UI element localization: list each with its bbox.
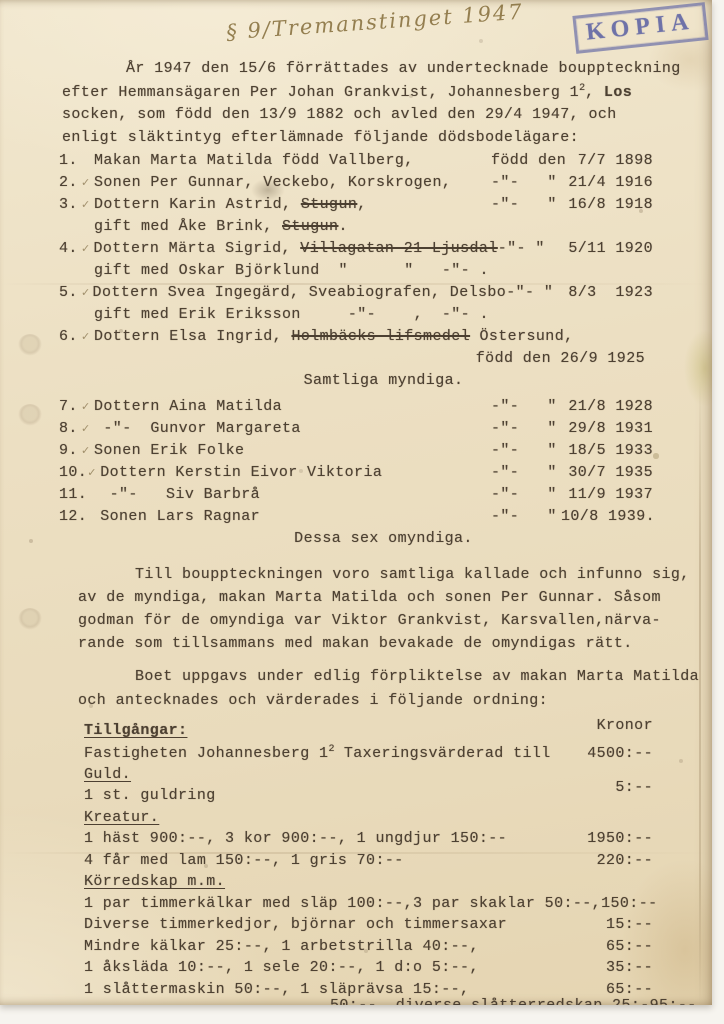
heir-birthdate: 30/7 1935 [561,464,653,481]
asset-label: 50:--, diverse slåtterredskap 25:- [330,997,650,1005]
heir-number: 3. [59,196,81,213]
ditto-mark: -"- " [491,398,561,415]
asset-section-heading: Guld. [84,766,653,788]
heir-number: 1. [59,152,81,169]
intro-text: , [585,84,604,101]
asset-label: 1 par timmerkälkar med släp 100:--,3 par… [84,895,601,912]
heir-number: 12. [59,508,87,525]
asset-row: 1 häst 900:--, 3 kor 900:--, 1 ungdjur 1… [84,830,653,852]
heir-row: 8.✓ -"- Gunvor Margareta-"- "29/8 1931 [59,420,653,442]
heir-row: 6.✓Dottern Elsa Ingrid, Holmbäcks lifsme… [59,328,653,350]
asset-amount: 1950:-- [575,830,653,847]
heir-birthdate: 21/8 1928 [561,398,653,415]
kopia-stamp: KOPIA [572,2,708,54]
intro-line: efter Hemmansägaren Per Johan Grankvist,… [62,83,653,106]
ditto-mark: -"- " [491,464,561,481]
ditto-mark: -"- " [491,508,561,525]
heir-row: 5.✓Dottern Svea Ingegärd, Sveabiografen,… [59,284,653,306]
heir-number: 11. [59,486,87,503]
asset-row: 1 par timmerkälkar med släp 100:--,3 par… [84,895,653,917]
struck-text: Villagatan 21 Ljusdal [300,240,497,257]
declaration-paragraph: Boet uppgavs under edlig förpliktelse av… [78,668,653,716]
asset-label: Mindre kälkar 25:--, 1 arbetstrilla 40:-… [84,938,479,955]
asset-row-cut-off: 50:--, diverse slåtterredskap 25:-95:-- [84,997,653,1005]
heir-number: 5. [59,284,81,301]
ditto-mark: -"- " [491,486,561,503]
heir-name-text: Sonen Per Gunnar, Veckebo, Korskrogen, [94,174,451,191]
intro-text-bold: Los [604,84,632,101]
struck-text: Holmbäcks lifsmedel [291,328,470,345]
check-mark: ✓ [81,400,94,413]
attendees-paragraph: Till bouppteckningen voro samtliga kalla… [78,566,653,658]
asset-amount: 150:-- [601,895,657,912]
heir-spouse-row: gift med Erik Eriksson -"- , -"- . [59,306,653,328]
asset-heading-label: Körredskap m.m. [84,873,225,890]
vertical-crease [699,380,701,1005]
check-mark: ✓ [81,330,94,343]
heir-row: 11. -"- Siv Barbrå-"- "11/9 1937 [59,486,653,508]
asset-amount: 95:-- [650,997,697,1005]
punch-hole [18,608,42,630]
struck-text: Stugun [282,218,338,235]
ditto-mark: -"- " [491,442,561,459]
asset-section-heading: Körredskap m.m. [84,873,653,895]
ditto-mark: -"- " [498,240,565,257]
assets-section: Tillgångar:Kronor Fastigheten Johannesbe… [84,722,653,1002]
ditto-mark: -"- " [491,174,561,191]
heir-number: 4. [59,240,81,257]
heirs-list-adults: 1.Makan Marta Matilda född Vallberg,född… [59,152,653,394]
heir-name: Sonen Lars Ragnar [100,508,260,525]
asset-section-heading: Kreatur. [84,809,653,831]
heir-name: Makan Marta Matilda född Vallberg, [94,152,414,169]
heir-name: -"- Siv Barbrå [100,486,260,503]
heir-name-text: Dottern Svea Ingegärd, Sveabiografen, De… [93,284,507,301]
heir-birthdate: 10/8 1939. [561,508,653,525]
asset-label-text: Taxeringsvärderad till [334,745,550,762]
asset-label: Fastigheten Johannesberg 12 Taxeringsvär… [84,744,551,762]
asset-label: 1 åksläda 10:--, 1 sele 20:--, 1 d:o 5:-… [84,959,479,976]
intro-paragraph: År 1947 den 15/6 förrättades av undertec… [62,60,653,152]
asset-amount: 4500:-- [575,745,653,762]
heir-name-text: Dottern Karin Astrid, [94,196,301,213]
asset-amount: 65:-- [575,938,653,955]
heir-birthdate: 5/11 1920 [565,240,653,257]
check-mark: ✓ [81,286,93,299]
heir-name-text: Dottern Märta Sigrid, [93,240,300,257]
heir-birthdate: 8/3 1923 [568,284,653,301]
heir-name: Sonen Erik Folke [94,442,244,459]
currency-column-header: Kronor [575,717,653,734]
heir-name: Dottern Märta Sigrid, Villagatan 21 Ljus… [93,240,497,257]
heir-name: -"- Gunvor Margareta [94,420,301,437]
spouse-text: . [338,218,347,235]
spouse-text: gift med Erik Eriksson -"- , -"- . [94,306,489,323]
heir-name: Dottern Kerstin Eivor Viktoria [100,464,382,481]
punch-hole [18,404,42,426]
heir-name-text: Dottern Elsa Ingrid, [94,328,291,345]
heir-number: 10. [59,464,87,481]
heir-name: Dottern Svea Ingegärd, Sveabiografen, De… [93,284,507,301]
heir-name: Sonen Per Gunnar, Veckebo, Korskrogen, [94,174,451,191]
heir-birthdate: 21/4 1916 [561,174,653,191]
asset-amount: 15:-- [575,916,653,933]
assets-header-row: Tillgångar:Kronor [84,722,653,744]
asset-row: Fastigheten Johannesberg 12 Taxeringsvär… [84,744,653,766]
heir-number: 8. [59,420,81,437]
paragraph-line: Till bouppteckningen voro samtliga kalla… [78,566,653,589]
heir-name: Dottern Elsa Ingrid, Holmbäcks lifsmedel… [94,328,574,345]
heir-name: Dottern Karin Astrid, Stugun, [94,196,367,213]
all-of-age-note: Samtliga myndiga. [59,372,653,394]
heir-row: 9.✓Sonen Erik Folke-"- "18/5 1933 [59,442,653,464]
assets-section-title: Tillgångar: [84,722,187,739]
ditto-mark: -"- " [491,196,561,213]
asset-label: 4 får med lam 150:--, 1 gris 70:-- [84,852,404,869]
paragraph-line: av de myndiga, makan Marta Matilda och s… [78,589,653,612]
asset-label: Diverse timmerkedjor, björnar och timmer… [84,916,507,933]
asset-heading-label: Kreatur. [84,809,159,826]
heir-birthdate: 7/7 1898 [561,152,653,169]
heir-birthdate: 18/5 1933 [561,442,653,459]
heir-row: 7.✓Dottern Aina Matilda-"- "21/8 1928 [59,398,653,420]
check-mark: ✓ [81,176,94,189]
heir-birthdate-line: född den 26/9 1925 [59,350,653,372]
punch-hole [18,334,42,356]
check-mark: ✓ [81,422,94,435]
asset-amount: 35:-- [575,959,653,976]
asset-row: Mindre kälkar 25:--, 1 arbetstrilla 40:-… [84,938,653,960]
heir-number: 2. [59,174,81,191]
spouse-text: gift med Åke Brink, [94,218,282,235]
paragraph-line: och antecknades och värderades i följand… [78,692,653,716]
paper-sheet: § 9/Tremanstinget 1947 KOPIA År 1947 den… [0,0,712,1005]
asset-row: 4 får med lam 150:--, 1 gris 70:--220:-- [84,852,653,874]
asset-label: 1 häst 900:--, 3 kor 900:--, 1 ungdjur 1… [84,830,507,847]
paragraph-line: godman för de omyndiga var Viktor Grankv… [78,612,653,635]
heir-name-text: , [357,196,366,213]
intro-line: År 1947 den 15/6 förrättades av undertec… [62,60,653,83]
paragraph-line: rande som tillsammans med makan bevakade… [78,635,653,658]
handwritten-annotation: § 9/Tremanstinget 1947 [226,0,525,44]
asset-label: 1 slåttermaskin 50:--, 1 släprävsa 15:--… [84,981,469,998]
scanned-document: § 9/Tremanstinget 1947 KOPIA År 1947 den… [0,0,724,1024]
heir-name: Dottern Aina Matilda [94,398,282,415]
asset-row: 1 åksläda 10:--, 1 sele 20:--, 1 d:o 5:-… [84,959,653,981]
heir-birthdate: 16/8 1918 [561,196,653,213]
asset-row: 1 st. guldring5:-- [84,787,653,809]
heir-spouse-row: gift med Åke Brink, Stugun. [59,218,653,240]
heir-number: 6. [59,328,81,345]
asset-label: 1 st. guldring [84,787,216,804]
asset-heading-label: Guld. [84,766,131,783]
heir-name-text: Östersund, [470,328,573,345]
heir-name-text: Makan Marta Matilda född Vallberg, [94,152,414,169]
check-mark: ✓ [81,444,94,457]
asset-label-text: Fastigheten Johannesberg 1 [84,745,328,762]
check-mark: ✓ [81,242,93,255]
intro-text: efter Hemmansägaren Per Johan Grankvist,… [62,84,579,101]
paragraph-line: Boet uppgavs under edlig förpliktelse av… [78,668,653,692]
struck-text: Stugun [301,196,357,213]
heir-row: 3.✓Dottern Karin Astrid, Stugun,-"- "16/… [59,196,653,218]
kopia-stamp-text: KOPIA [585,8,696,45]
asset-amount: 65:-- [575,981,653,998]
heir-row: 2.✓Sonen Per Gunnar, Veckebo, Korskrogen… [59,174,653,196]
heir-number: 9. [59,442,81,459]
check-mark: ✓ [81,198,94,211]
heir-row: 12.Sonen Lars Ragnar-"- "10/8 1939. [59,508,653,530]
ditto-mark: född den [491,152,561,169]
intro-line: enligt släktintyg efterlämnade följande … [62,129,653,152]
heirs-list-minors: 7.✓Dottern Aina Matilda-"- "21/8 1928 8.… [59,398,653,552]
check-mark: ✓ [87,466,100,479]
asset-amount: 5:-- [575,779,653,796]
paper-specks [0,0,2,2]
ditto-mark: -"- " [506,284,568,301]
six-minors-note: Dessa sex omyndiga. [59,530,653,552]
intro-line: socken, som född den 13/9 1882 och avled… [62,106,653,129]
asset-row: Diverse timmerkedjor, björnar och timmer… [84,916,653,938]
heir-birthdate: 11/9 1937 [561,486,653,503]
asset-amount: 220:-- [575,852,653,869]
heir-row: 10.✓Dottern Kerstin Eivor Viktoria-"- "3… [59,464,653,486]
ditto-mark: -"- " [491,420,561,437]
heir-spouse-row: gift med Oskar Björklund " " -"- . [59,262,653,284]
heir-row: 1.Makan Marta Matilda född Vallberg,född… [59,152,653,174]
heir-number: 7. [59,398,81,415]
spouse-text: gift med Oskar Björklund " " -"- . [94,262,489,279]
heir-row: 4.✓Dottern Märta Sigrid, Villagatan 21 L… [59,240,653,262]
heir-birthdate: 29/8 1931 [561,420,653,437]
